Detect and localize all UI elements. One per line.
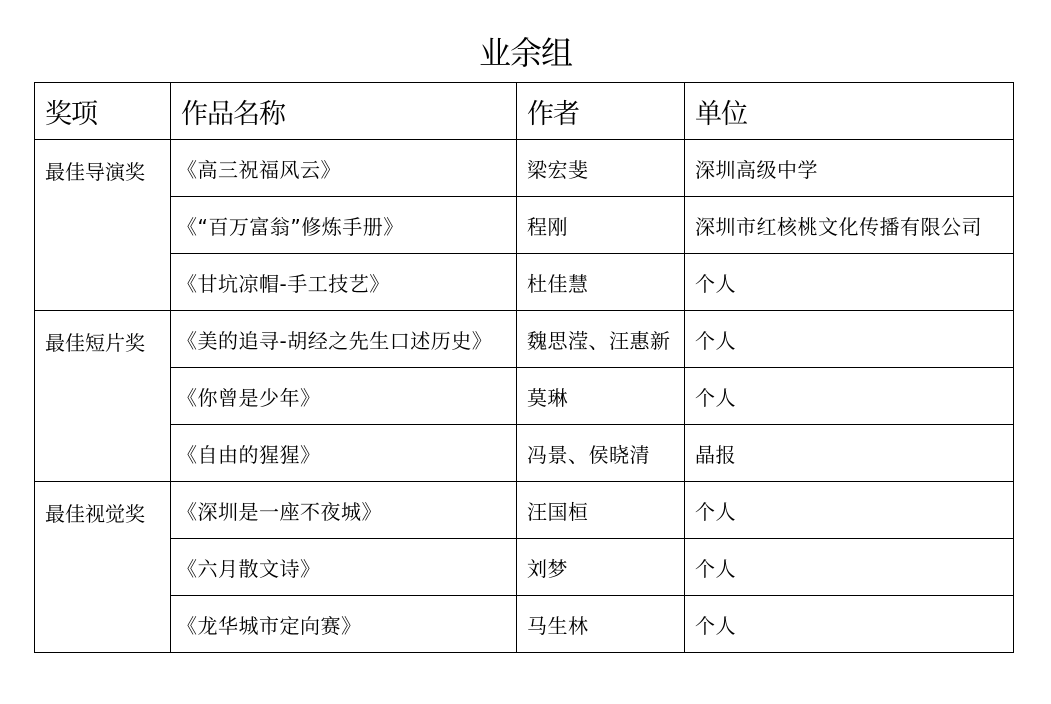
- awards-table: 奖项 作品名称 作者 单位 最佳导演奖 《高三祝福风云》 梁宏斐 深圳高级中学 …: [34, 82, 1014, 653]
- work-cell: 《你曾是少年》: [171, 368, 517, 425]
- unit-cell: 深圳市红核桃文化传播有限公司: [685, 197, 1014, 254]
- table-row: 《自由的猩猩》 冯景、侯晓清 晶报: [35, 425, 1014, 482]
- header-work: 作品名称: [171, 83, 517, 140]
- header-award: 奖项: [35, 83, 171, 140]
- work-cell: 《龙华城市定向赛》: [171, 596, 517, 653]
- header-row: 奖项 作品名称 作者 单位: [35, 83, 1014, 140]
- table-row: 最佳短片奖 《美的追寻-胡经之先生口述历史》 魏思滢、汪惠新 个人: [35, 311, 1014, 368]
- unit-cell: 个人: [685, 596, 1014, 653]
- author-cell: 冯景、侯晓清: [517, 425, 685, 482]
- work-cell: 《“百万富翁”修炼手册》: [171, 197, 517, 254]
- author-cell: 汪国桓: [517, 482, 685, 539]
- unit-cell: 深圳高级中学: [685, 140, 1014, 197]
- award-cell: 最佳导演奖: [35, 140, 171, 311]
- unit-cell: 个人: [685, 368, 1014, 425]
- work-cell: 《甘坑凉帽-手工技艺》: [171, 254, 517, 311]
- page-title: 业余组: [0, 30, 1051, 76]
- author-cell: 莫琳: [517, 368, 685, 425]
- table-row: 《六月散文诗》 刘梦 个人: [35, 539, 1014, 596]
- work-cell: 《自由的猩猩》: [171, 425, 517, 482]
- author-cell: 魏思滢、汪惠新: [517, 311, 685, 368]
- table-row: 《你曾是少年》 莫琳 个人: [35, 368, 1014, 425]
- unit-cell: 个人: [685, 482, 1014, 539]
- table-row: 最佳导演奖 《高三祝福风云》 梁宏斐 深圳高级中学: [35, 140, 1014, 197]
- work-cell: 《六月散文诗》: [171, 539, 517, 596]
- work-cell: 《美的追寻-胡经之先生口述历史》: [171, 311, 517, 368]
- table-row: 最佳视觉奖 《深圳是一座不夜城》 汪国桓 个人: [35, 482, 1014, 539]
- author-cell: 程刚: [517, 197, 685, 254]
- table-row: 《“百万富翁”修炼手册》 程刚 深圳市红核桃文化传播有限公司: [35, 197, 1014, 254]
- award-cell: 最佳短片奖: [35, 311, 171, 482]
- unit-cell: 个人: [685, 539, 1014, 596]
- unit-cell: 晶报: [685, 425, 1014, 482]
- author-cell: 杜佳慧: [517, 254, 685, 311]
- author-cell: 梁宏斐: [517, 140, 685, 197]
- work-cell: 《高三祝福风云》: [171, 140, 517, 197]
- author-cell: 马生林: [517, 596, 685, 653]
- table-row: 《龙华城市定向赛》 马生林 个人: [35, 596, 1014, 653]
- award-cell: 最佳视觉奖: [35, 482, 171, 653]
- header-author: 作者: [517, 83, 685, 140]
- unit-cell: 个人: [685, 311, 1014, 368]
- unit-cell: 个人: [685, 254, 1014, 311]
- table-row: 《甘坑凉帽-手工技艺》 杜佳慧 个人: [35, 254, 1014, 311]
- work-cell: 《深圳是一座不夜城》: [171, 482, 517, 539]
- header-unit: 单位: [685, 83, 1014, 140]
- author-cell: 刘梦: [517, 539, 685, 596]
